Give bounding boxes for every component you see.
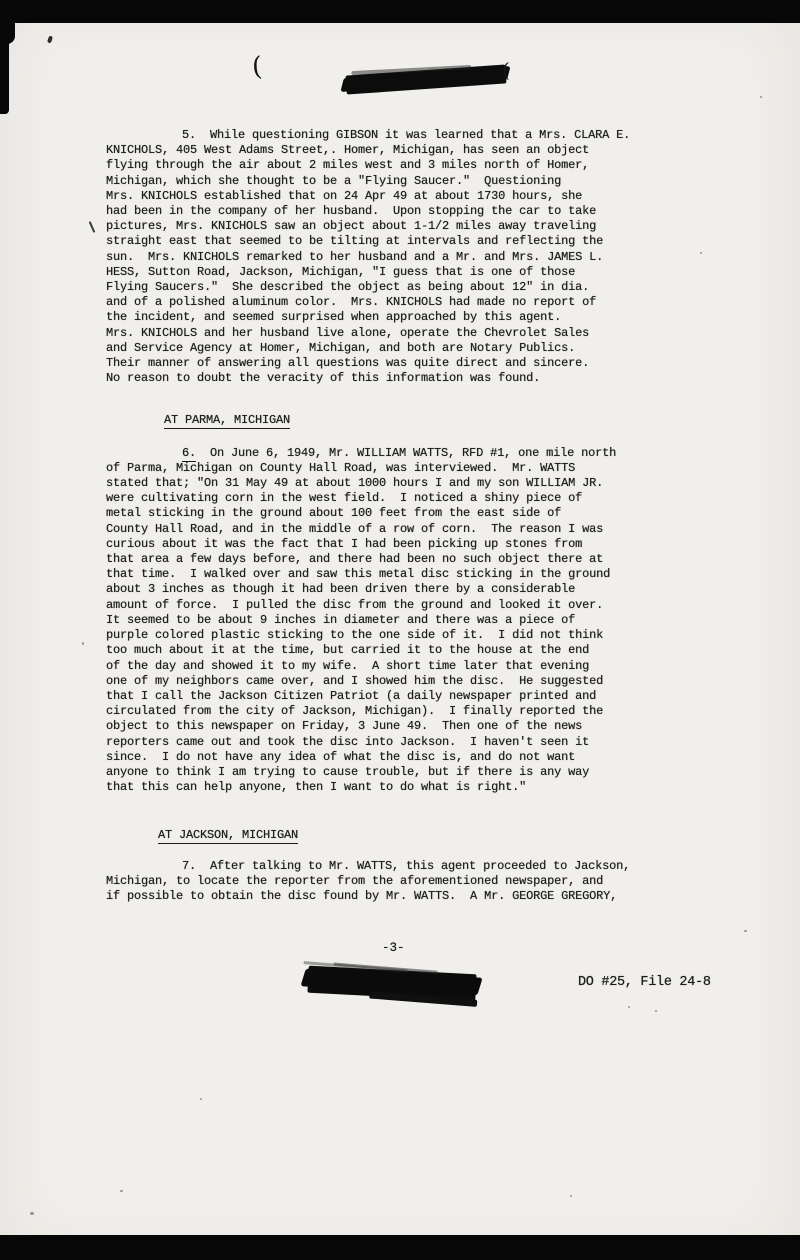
redaction-bar-bottom [307,966,476,1002]
scan-speck [628,1006,630,1008]
paragraph-7-number: 7. [182,859,196,873]
heading-at-jackson-michigan-text: AT JACKSON, MICHIGAN [158,828,298,844]
document-page: ( ( 5. While questioning GIBSON it was l… [0,0,800,1260]
scan-edge-top [0,0,800,23]
paragraph-5-text: While questioning GIBSON it was learned … [106,128,630,385]
scan-speck [200,1098,202,1100]
scan-speck [760,96,762,98]
scan-speck [570,1195,572,1197]
pen-mark-margin [89,221,96,233]
paragraph-5: 5. While questioning GIBSON it was learn… [106,128,628,386]
heading-at-parma-michigan-text: AT PARMA, MICHIGAN [164,413,290,429]
handwritten-paren-right: ( [502,58,510,82]
scan-edge-bottom [0,1235,800,1260]
heading-at-parma-michigan: AT PARMA, MICHIGAN [164,413,628,428]
scan-speck [82,642,84,645]
scan-edge-left [0,18,9,114]
scan-speck [655,1010,657,1012]
pen-mark-top-left [47,36,53,44]
paragraph-7: 7. After talking to Mr. WATTS, this agen… [106,859,628,905]
page-number: -3- [382,941,405,955]
heading-at-jackson-michigan: AT JACKSON, MICHIGAN [158,828,628,843]
paragraph-6: 6. On June 6, 1949, Mr. WILLIAM WATTS, R… [106,446,628,796]
scan-speck [30,1212,34,1215]
scan-speck [744,930,747,932]
handwritten-paren-left: ( [251,52,263,83]
scan-speck [700,252,702,254]
report-body: 5. While questioning GIBSON it was learn… [106,128,628,904]
paragraph-5-number: 5. [182,128,196,142]
scan-speck [120,1190,123,1192]
paragraph-6-number: 6. [182,446,196,462]
redaction-bar-top [346,64,507,94]
file-reference: DO #25, File 24-8 [578,975,711,990]
paragraph-6-text: On June 6, 1949, Mr. WILLIAM WATTS, RFD … [106,446,616,794]
